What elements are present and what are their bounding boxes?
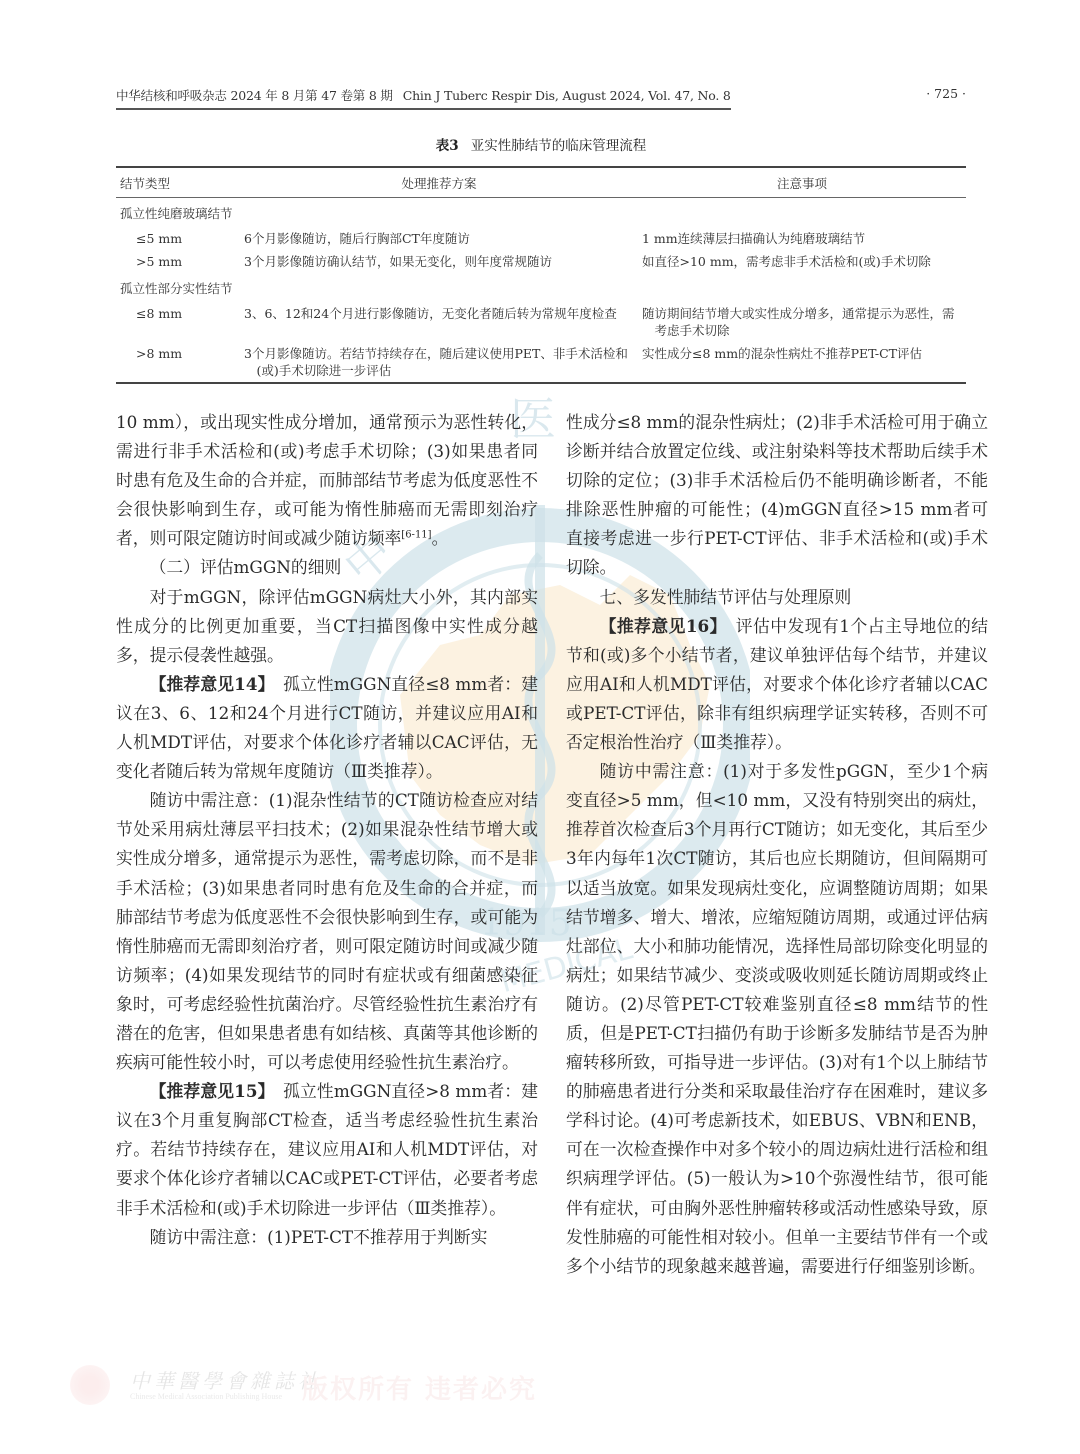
publisher-name-cn: 中華醫學會雜誌社 <box>130 1365 322 1394</box>
cell-plan: 3个月影像随访。若结节持续存在，随后建议使用PET、非手术活检和(或)手术切除进… <box>244 345 634 379</box>
right-column: 性成分≤8 mm的混杂性病灶；(2)非手术活检可用于确立诊断并结合放置定位线、或… <box>566 408 988 1281</box>
publisher-name-en: Chinese Medical Association Publishing H… <box>130 1392 282 1401</box>
recommendation-label: 【推荐意见15】 <box>150 1081 267 1101</box>
journal-title-cn: 中华结核和呼吸杂志 2024 年 8 月第 47 卷第 8 期 <box>116 88 393 103</box>
cell-plan: 6个月影像随访，随后行胸部CT年度随访 <box>244 230 634 247</box>
table-title: 亚实性肺结节的临床管理流程 <box>471 138 647 154</box>
paragraph: 随访中需注意：(1)对于多发性pGGN，至少1个病变直径>5 mm，但<10 m… <box>566 757 988 1281</box>
group-label: 孤立性纯磨玻璃结节 <box>116 198 966 228</box>
section-heading: （二）评估mGGN的细则 <box>116 553 538 582</box>
paragraph: 对于mGGN，除评估mGGN病灶大小外，其内部实性成分的比例更加重要，当CT扫描… <box>116 583 538 670</box>
recommendation-label: 【推荐意见14】 <box>150 674 267 694</box>
paragraph: 随访中需注意：(1)混杂性结节的CT随访检查应对结节处采用病灶薄层平扫技术；(2… <box>116 786 538 1077</box>
left-column: 10 mm），或出现实性成分增加，通常预示为恶性转化，需进行非手术活检和(或)考… <box>116 408 538 1252</box>
table-row: ≤8 mm 3、6、12和24个月进行影像随访，无变化者随后转为常规年度检查 随… <box>116 302 966 342</box>
paragraph: 随访中需注意：(1)PET-CT不推荐用于判断实 <box>116 1223 538 1252</box>
cell-plan: 3个月影像随访确认结节，如果无变化，则年度常规随访 <box>244 253 634 270</box>
recommendation-text: 孤立性mGGN直径>8 mm者：建议在3个月重复胸部CT检查，适当考虑经验性抗生… <box>116 1081 538 1217</box>
paragraph: 性成分≤8 mm的混杂性病灶；(2)非手术活检可用于确立诊断并结合放置定位线、或… <box>566 408 988 583</box>
cell-notes: 如直径>10 mm，需考虑非手术活检和(或)手术切除 <box>642 253 962 270</box>
table-caption: 表3亚实性肺结节的临床管理流程 <box>116 134 966 154</box>
table-group-row: 孤立性部分实性结节 <box>116 273 966 302</box>
table-group-row: 孤立性纯磨玻璃结节 <box>116 198 966 228</box>
paragraph-end: 。 <box>432 528 449 548</box>
paragraph: 10 mm），或出现实性成分增加，通常预示为恶性转化，需进行非手术活检和(或)考… <box>116 408 538 553</box>
recommendation-14: 【推荐意见14】 孤立性mGGN直径≤8 mm者：建议在3、6、12和24个月进… <box>116 670 538 786</box>
recommendation-label: 【推荐意见16】 <box>600 616 719 636</box>
recommendation-16: 【推荐意见16】 评估中发现有1个占主导地位的结节和(或)多个小结节者，建议单独… <box>566 612 988 757</box>
table-row: >8 mm 3个月影像随访。若结节持续存在，随后建议使用PET、非手术活检和(或… <box>116 342 966 383</box>
group-label: 孤立性部分实性结节 <box>116 273 966 302</box>
column-header-type: 结节类型 <box>116 167 240 198</box>
journal-citation: 中华结核和呼吸杂志 2024 年 8 月第 47 卷第 8 期Chin J Tu… <box>116 86 731 110</box>
publisher-logo-icon <box>70 1365 110 1405</box>
cell-notes: 实性成分≤8 mm的混杂性病灶不推荐PET-CT评估 <box>642 345 962 362</box>
publisher-watermark: 中華醫學會雜誌社 Chinese Medical Association Pub… <box>70 1365 550 1405</box>
cell-size: ≤5 mm <box>116 227 240 250</box>
recommendation-15: 【推荐意见15】 孤立性mGGN直径>8 mm者：建议在3个月重复胸部CT检查，… <box>116 1077 538 1222</box>
page-number: · 725 · <box>926 86 966 101</box>
citation-ref: [6-11] <box>401 530 431 541</box>
running-header: 中华结核和呼吸杂志 2024 年 8 月第 47 卷第 8 期Chin J Tu… <box>116 86 966 112</box>
table-3: 表3亚实性肺结节的临床管理流程 结节类型 处理推荐方案 注意事项 孤立性纯磨玻璃… <box>116 134 966 384</box>
cell-notes: 随访期间结节增大或实性成分增多，通常提示为恶性，需考虑手术切除 <box>642 305 962 339</box>
table-label: 表3 <box>436 138 459 154</box>
column-header-plan: 处理推荐方案 <box>240 167 638 198</box>
cell-size: >5 mm <box>116 250 240 273</box>
cell-size: >8 mm <box>116 342 240 383</box>
section-heading: 七、多发性肺结节评估与处理原则 <box>566 583 988 612</box>
recommendation-text: 评估中发现有1个占主导地位的结节和(或)多个小结节者，建议单独评估每个结节，并建… <box>566 616 988 752</box>
table-row: ≤5 mm 6个月影像随访，随后行胸部CT年度随访 1 mm连续薄层扫描确认为纯… <box>116 227 966 250</box>
column-header-notes: 注意事项 <box>638 167 966 198</box>
table-header-row: 结节类型 处理推荐方案 注意事项 <box>116 167 966 198</box>
copyright-notice: 版权所有 违者必究 <box>302 1369 537 1406</box>
table-row: >5 mm 3个月影像随访确认结节，如果无变化，则年度常规随访 如直径>10 m… <box>116 250 966 273</box>
cell-size: ≤8 mm <box>116 302 240 342</box>
cell-notes: 1 mm连续薄层扫描确认为纯磨玻璃结节 <box>642 230 962 247</box>
paragraph-text: 10 mm），或出现实性成分增加，通常预示为恶性转化，需进行非手术活检和(或)考… <box>116 412 538 548</box>
cell-plan: 3、6、12和24个月进行影像随访，无变化者随后转为常规年度检查 <box>244 305 634 322</box>
journal-title-en: Chin J Tuberc Respir Dis, August 2024, V… <box>403 88 731 103</box>
management-table: 结节类型 处理推荐方案 注意事项 孤立性纯磨玻璃结节 ≤5 mm 6个月影像随访… <box>116 166 966 384</box>
